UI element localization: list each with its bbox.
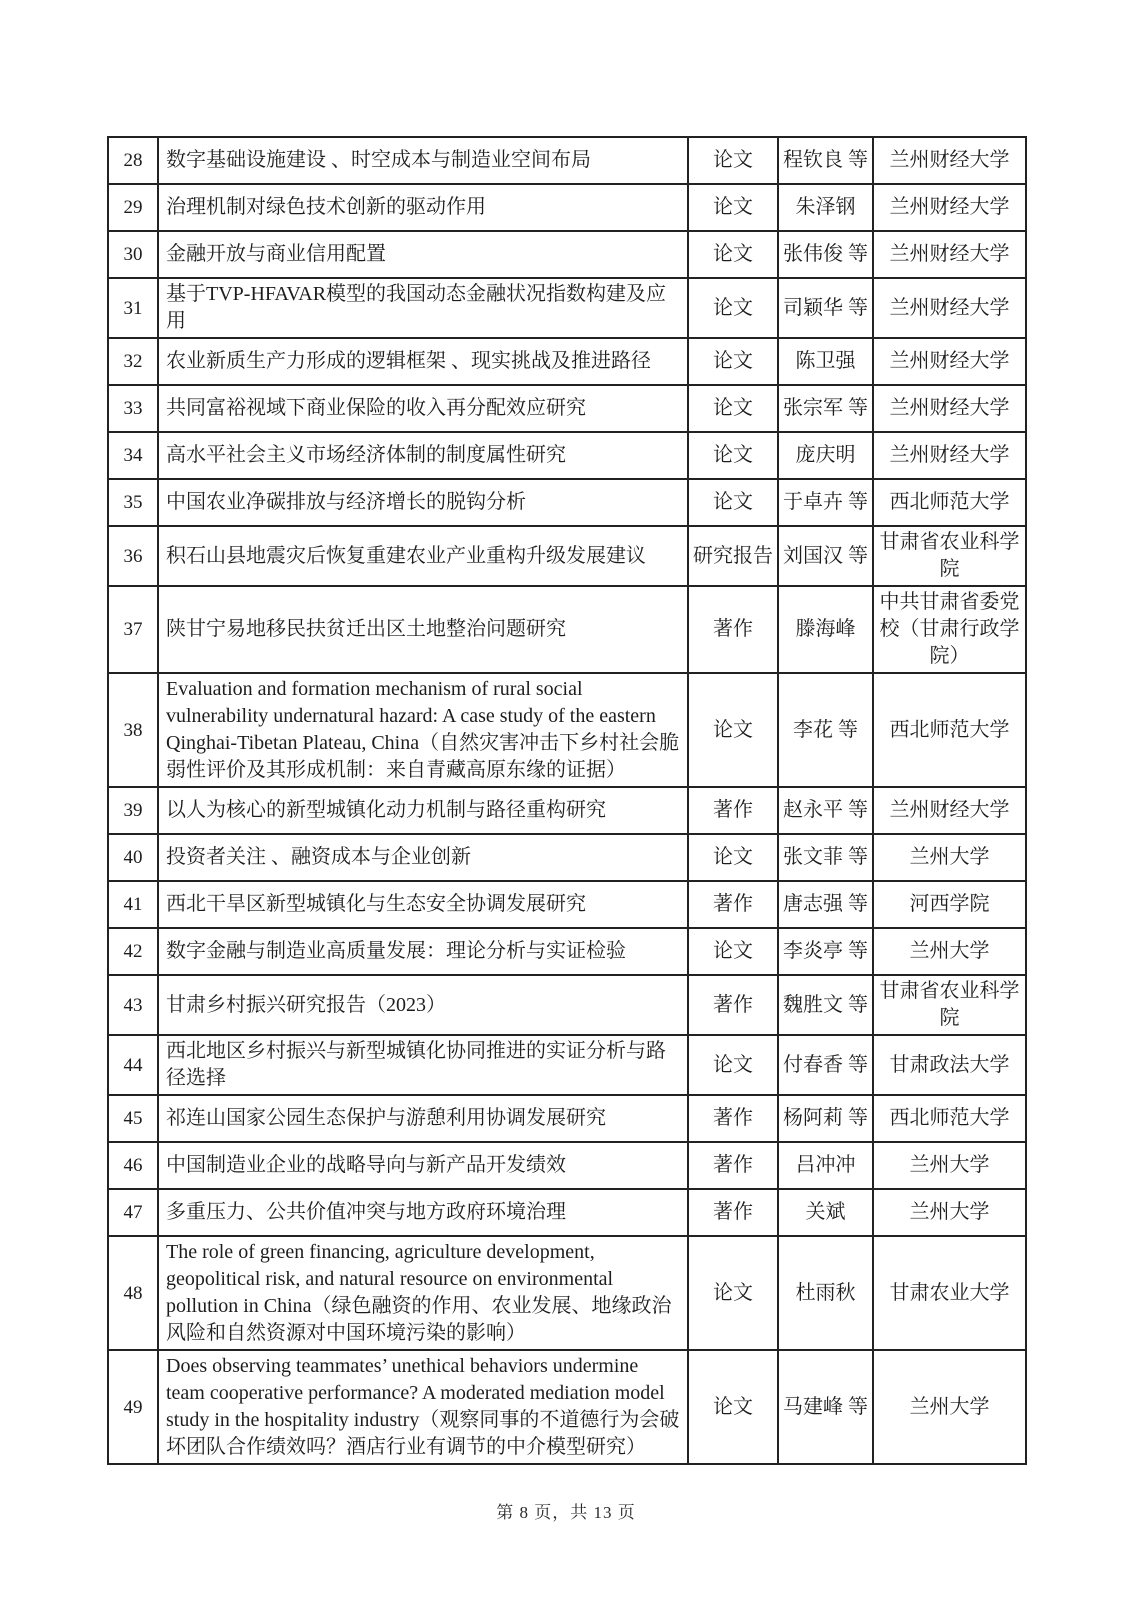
title-cell: 多重压力、公共价值冲突与地方政府环境治理 xyxy=(158,1189,688,1236)
row-number-cell: 34 xyxy=(108,432,158,479)
type-cell: 论文 xyxy=(688,479,778,526)
institution-cell: 甘肃政法大学 xyxy=(873,1035,1026,1095)
institution-cell: 甘肃省农业科学院 xyxy=(873,975,1026,1035)
row-number-cell: 36 xyxy=(108,526,158,586)
type-cell: 著作 xyxy=(688,1095,778,1142)
type-cell: 著作 xyxy=(688,1189,778,1236)
author-cell: 朱泽钢 xyxy=(778,184,873,231)
author-cell: 杨阿莉 等 xyxy=(778,1095,873,1142)
row-number-cell: 49 xyxy=(108,1350,158,1464)
author-cell: 张宗军 等 xyxy=(778,385,873,432)
author-cell: 杜雨秋 xyxy=(778,1236,873,1350)
type-cell: 论文 xyxy=(688,278,778,338)
title-cell: 西北地区乡村振兴与新型城镇化协同推进的实证分析与路径选择 xyxy=(158,1035,688,1095)
institution-cell: 甘肃省农业科学院 xyxy=(873,526,1026,586)
title-cell: 高水平社会主义市场经济体制的制度属性研究 xyxy=(158,432,688,479)
title-cell: 数字基础设施建设 、时空成本与制造业空间布局 xyxy=(158,137,688,184)
author-cell: 关斌 xyxy=(778,1189,873,1236)
institution-cell: 河西学院 xyxy=(873,881,1026,928)
institution-cell: 兰州财经大学 xyxy=(873,137,1026,184)
table-row: 39以人为核心的新型城镇化动力机制与路径重构研究著作赵永平 等兰州财经大学 xyxy=(108,787,1026,834)
row-number-cell: 32 xyxy=(108,338,158,385)
table-row: 28数字基础设施建设 、时空成本与制造业空间布局论文程钦良 等兰州财经大学 xyxy=(108,137,1026,184)
table-row: 48The role of green financing, agricultu… xyxy=(108,1236,1026,1350)
row-number-cell: 35 xyxy=(108,479,158,526)
institution-cell: 兰州财经大学 xyxy=(873,184,1026,231)
table-row: 44西北地区乡村振兴与新型城镇化协同推进的实证分析与路径选择论文付春香 等甘肃政… xyxy=(108,1035,1026,1095)
row-number-cell: 40 xyxy=(108,834,158,881)
type-cell: 著作 xyxy=(688,1142,778,1189)
row-number-cell: 39 xyxy=(108,787,158,834)
title-cell: 积石山县地震灾后恢复重建农业产业重构升级发展建议 xyxy=(158,526,688,586)
author-cell: 赵永平 等 xyxy=(778,787,873,834)
institution-cell: 西北师范大学 xyxy=(873,673,1026,787)
institution-cell: 兰州大学 xyxy=(873,928,1026,975)
author-cell: 庞庆明 xyxy=(778,432,873,479)
type-cell: 论文 xyxy=(688,928,778,975)
author-cell: 李炎亭 等 xyxy=(778,928,873,975)
row-number-cell: 43 xyxy=(108,975,158,1035)
table-row: 30金融开放与商业信用配置论文张伟俊 等兰州财经大学 xyxy=(108,231,1026,278)
table-row: 31基于TVP-HFAVAR模型的我国动态金融状况指数构建及应用论文司颖华 等兰… xyxy=(108,278,1026,338)
institution-cell: 中共甘肃省委党校（甘肃行政学院） xyxy=(873,586,1026,673)
table-row: 34高水平社会主义市场经济体制的制度属性研究论文庞庆明兰州财经大学 xyxy=(108,432,1026,479)
institution-cell: 兰州财经大学 xyxy=(873,338,1026,385)
type-cell: 论文 xyxy=(688,385,778,432)
type-cell: 论文 xyxy=(688,184,778,231)
institution-cell: 兰州财经大学 xyxy=(873,278,1026,338)
institution-cell: 甘肃农业大学 xyxy=(873,1236,1026,1350)
author-cell: 刘国汉 等 xyxy=(778,526,873,586)
institution-cell: 兰州财经大学 xyxy=(873,432,1026,479)
table-row: 35中国农业净碳排放与经济增长的脱钩分析论文于卓卉 等西北师范大学 xyxy=(108,479,1026,526)
title-cell: 甘肃乡村振兴研究报告（2023） xyxy=(158,975,688,1035)
title-cell: 共同富裕视域下商业保险的收入再分配效应研究 xyxy=(158,385,688,432)
title-cell: The role of green financing, agriculture… xyxy=(158,1236,688,1350)
title-cell: 治理机制对绿色技术创新的驱动作用 xyxy=(158,184,688,231)
row-number-cell: 41 xyxy=(108,881,158,928)
author-cell: 司颖华 等 xyxy=(778,278,873,338)
title-cell: 基于TVP-HFAVAR模型的我国动态金融状况指数构建及应用 xyxy=(158,278,688,338)
table-row: 49Does observing teammates’ unethical be… xyxy=(108,1350,1026,1464)
author-cell: 滕海峰 xyxy=(778,586,873,673)
title-cell: 数字金融与制造业高质量发展：理论分析与实证检验 xyxy=(158,928,688,975)
type-cell: 论文 xyxy=(688,432,778,479)
type-cell: 论文 xyxy=(688,673,778,787)
title-cell: 祁连山国家公园生态保护与游憩利用协调发展研究 xyxy=(158,1095,688,1142)
table-row: 42数字金融与制造业高质量发展：理论分析与实证检验论文李炎亭 等兰州大学 xyxy=(108,928,1026,975)
publications-table-body: 28数字基础设施建设 、时空成本与制造业空间布局论文程钦良 等兰州财经大学29治… xyxy=(108,137,1026,1464)
title-cell: 以人为核心的新型城镇化动力机制与路径重构研究 xyxy=(158,787,688,834)
title-cell: 投资者关注 、融资成本与企业创新 xyxy=(158,834,688,881)
row-number-cell: 48 xyxy=(108,1236,158,1350)
table-row: 45祁连山国家公园生态保护与游憩利用协调发展研究著作杨阿莉 等西北师范大学 xyxy=(108,1095,1026,1142)
title-cell: Evaluation and formation mechanism of ru… xyxy=(158,673,688,787)
row-number-cell: 42 xyxy=(108,928,158,975)
institution-cell: 西北师范大学 xyxy=(873,479,1026,526)
row-number-cell: 37 xyxy=(108,586,158,673)
row-number-cell: 29 xyxy=(108,184,158,231)
type-cell: 论文 xyxy=(688,231,778,278)
author-cell: 付春香 等 xyxy=(778,1035,873,1095)
table-row: 29治理机制对绿色技术创新的驱动作用论文朱泽钢兰州财经大学 xyxy=(108,184,1026,231)
table-row: 33共同富裕视域下商业保险的收入再分配效应研究论文张宗军 等兰州财经大学 xyxy=(108,385,1026,432)
author-cell: 魏胜文 等 xyxy=(778,975,873,1035)
publications-table: 28数字基础设施建设 、时空成本与制造业空间布局论文程钦良 等兰州财经大学29治… xyxy=(107,136,1027,1465)
title-cell: Does observing teammates’ unethical beha… xyxy=(158,1350,688,1464)
row-number-cell: 47 xyxy=(108,1189,158,1236)
table-row: 36积石山县地震灾后恢复重建农业产业重构升级发展建议研究报告刘国汉 等甘肃省农业… xyxy=(108,526,1026,586)
type-cell: 研究报告 xyxy=(688,526,778,586)
author-cell: 于卓卉 等 xyxy=(778,479,873,526)
institution-cell: 兰州财经大学 xyxy=(873,787,1026,834)
type-cell: 著作 xyxy=(688,975,778,1035)
author-cell: 吕冲冲 xyxy=(778,1142,873,1189)
row-number-cell: 28 xyxy=(108,137,158,184)
table-row: 41西北干旱区新型城镇化与生态安全协调发展研究著作唐志强 等河西学院 xyxy=(108,881,1026,928)
row-number-cell: 33 xyxy=(108,385,158,432)
title-cell: 中国农业净碳排放与经济增长的脱钩分析 xyxy=(158,479,688,526)
table-row: 47多重压力、公共价值冲突与地方政府环境治理著作关斌兰州大学 xyxy=(108,1189,1026,1236)
type-cell: 著作 xyxy=(688,586,778,673)
type-cell: 著作 xyxy=(688,787,778,834)
type-cell: 论文 xyxy=(688,137,778,184)
author-cell: 陈卫强 xyxy=(778,338,873,385)
type-cell: 论文 xyxy=(688,834,778,881)
row-number-cell: 38 xyxy=(108,673,158,787)
table-row: 40投资者关注 、融资成本与企业创新论文张文菲 等兰州大学 xyxy=(108,834,1026,881)
type-cell: 论文 xyxy=(688,338,778,385)
row-number-cell: 44 xyxy=(108,1035,158,1095)
title-cell: 中国制造业企业的战略导向与新产品开发绩效 xyxy=(158,1142,688,1189)
institution-cell: 兰州财经大学 xyxy=(873,231,1026,278)
author-cell: 李花 等 xyxy=(778,673,873,787)
type-cell: 论文 xyxy=(688,1350,778,1464)
title-cell: 农业新质生产力形成的逻辑框架 、现实挑战及推进路径 xyxy=(158,338,688,385)
title-cell: 西北干旱区新型城镇化与生态安全协调发展研究 xyxy=(158,881,688,928)
row-number-cell: 45 xyxy=(108,1095,158,1142)
institution-cell: 西北师范大学 xyxy=(873,1095,1026,1142)
author-cell: 张伟俊 等 xyxy=(778,231,873,278)
row-number-cell: 30 xyxy=(108,231,158,278)
author-cell: 唐志强 等 xyxy=(778,881,873,928)
type-cell: 论文 xyxy=(688,1035,778,1095)
author-cell: 程钦良 等 xyxy=(778,137,873,184)
institution-cell: 兰州大学 xyxy=(873,1350,1026,1464)
institution-cell: 兰州财经大学 xyxy=(873,385,1026,432)
row-number-cell: 46 xyxy=(108,1142,158,1189)
table-row: 38Evaluation and formation mechanism of … xyxy=(108,673,1026,787)
author-cell: 张文菲 等 xyxy=(778,834,873,881)
row-number-cell: 31 xyxy=(108,278,158,338)
institution-cell: 兰州大学 xyxy=(873,1189,1026,1236)
institution-cell: 兰州大学 xyxy=(873,834,1026,881)
type-cell: 著作 xyxy=(688,881,778,928)
page-footer: 第 8 页，共 13 页 xyxy=(107,1498,1025,1523)
title-cell: 陕甘宁易地移民扶贫迁出区土地整治问题研究 xyxy=(158,586,688,673)
author-cell: 马建峰 等 xyxy=(778,1350,873,1464)
table-row: 32农业新质生产力形成的逻辑框架 、现实挑战及推进路径论文陈卫强兰州财经大学 xyxy=(108,338,1026,385)
institution-cell: 兰州大学 xyxy=(873,1142,1026,1189)
table-row: 46中国制造业企业的战略导向与新产品开发绩效著作吕冲冲兰州大学 xyxy=(108,1142,1026,1189)
table-row: 43甘肃乡村振兴研究报告（2023）著作魏胜文 等甘肃省农业科学院 xyxy=(108,975,1026,1035)
type-cell: 论文 xyxy=(688,1236,778,1350)
table-row: 37陕甘宁易地移民扶贫迁出区土地整治问题研究著作滕海峰中共甘肃省委党校（甘肃行政… xyxy=(108,586,1026,673)
title-cell: 金融开放与商业信用配置 xyxy=(158,231,688,278)
